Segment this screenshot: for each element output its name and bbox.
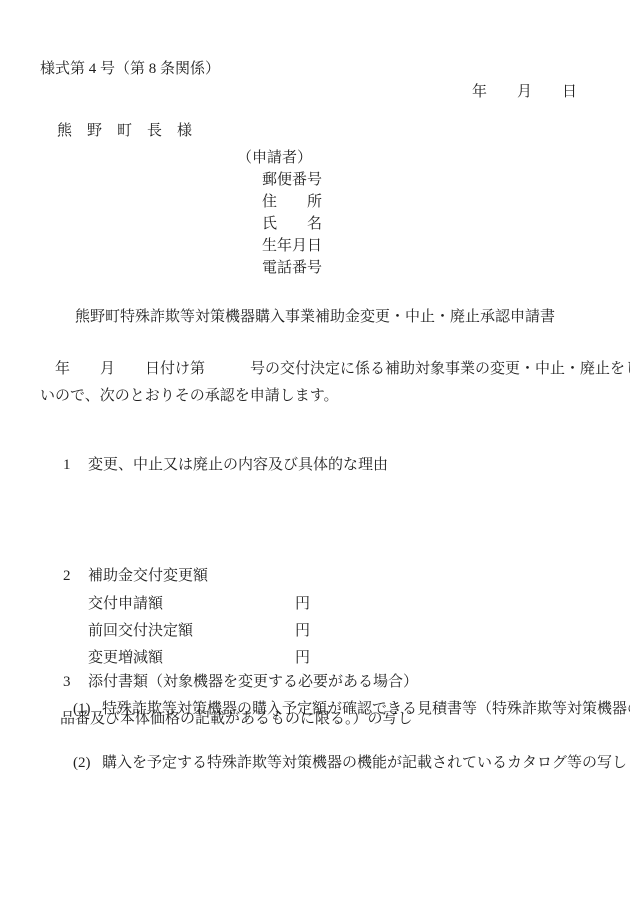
attachment-item-2: (2)購入を予定する特殊詐欺等対策機器の機能が記載されているカタログ等の写し xyxy=(58,738,627,789)
form-number: 様式第 4 号（第 8 条関係） xyxy=(40,61,220,78)
attachment-item-2-number: (2) xyxy=(73,755,102,772)
applicant-field-postal-code: 郵便番号 xyxy=(262,172,322,189)
attachment-item-1-continuation: 品番及び本体価格の記載があるものに限る。）の写し xyxy=(60,711,413,728)
body-paragraph-line-1: 年 月 日付け第 号の交付決定に係る補助対象事業の変更・中止・廃止をした xyxy=(40,361,630,378)
applicant-field-phone: 電話番号 xyxy=(262,260,322,277)
section-1-heading: 1変更、中止又は廃止の内容及び具体的な理由 xyxy=(48,440,388,491)
date-line: 年 月 日 xyxy=(0,84,630,101)
section-1-text: 変更、中止又は廃止の内容及び具体的な理由 xyxy=(88,457,388,473)
applicant-field-name: 氏 名 xyxy=(262,216,322,233)
applicant-field-birthdate: 生年月日 xyxy=(262,238,322,255)
attachment-item-2-text: 購入を予定する特殊詐欺等対策機器の機能が記載されているカタログ等の写し xyxy=(102,755,627,771)
applicant-field-address: 住 所 xyxy=(262,194,322,211)
document-title: 熊野町特殊詐欺等対策機器購入事業補助金変更・中止・廃止承認申請書 xyxy=(0,309,630,326)
document-page: 様式第 4 号（第 8 条関係） 年 月 日 熊 野 町 長 様 （申請者） 郵… xyxy=(0,0,630,903)
addressee: 熊 野 町 長 様 xyxy=(57,123,192,140)
section-1-number: 1 xyxy=(63,457,88,474)
body-paragraph-line-2: いので、次のとおりその承認を申請します。 xyxy=(40,388,339,405)
applicant-heading: （申請者） xyxy=(237,150,312,167)
